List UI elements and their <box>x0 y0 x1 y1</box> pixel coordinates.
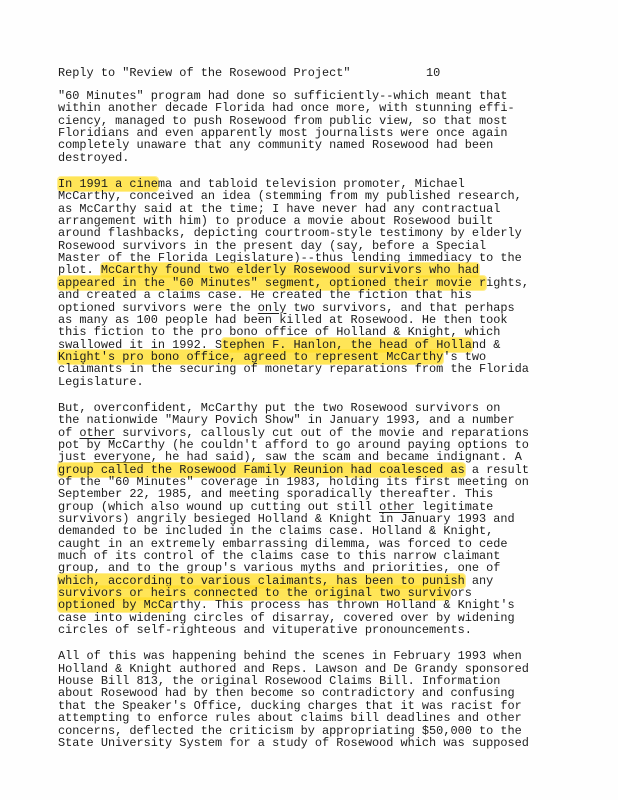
paragraph: "60 Minutes" program had done so suffici… <box>58 90 598 164</box>
text-line: State University System for a study of R… <box>58 737 598 749</box>
paragraph: But, overconfident, McCarthy put the two… <box>58 402 598 637</box>
text-line: destroyed. <box>58 152 598 164</box>
text-segment: circles of self-righteous and vituperati… <box>58 623 472 637</box>
text-segment: State University System for a study of R… <box>58 736 529 750</box>
text-line: Legislature. <box>58 376 598 388</box>
text-segment: Legislature. <box>58 375 144 389</box>
document-page: Reply to "Review of the Rosewood Project… <box>58 66 598 749</box>
page-number: 10 <box>426 66 440 80</box>
text-segment: ights, <box>486 276 529 290</box>
page-header: Reply to "Review of the Rosewood Project… <box>58 66 598 80</box>
paragraph: In 1991 a cinema and tabloid television … <box>58 178 598 388</box>
text-line: completely unaware that any community na… <box>58 139 598 151</box>
text-segment: destroyed. <box>58 151 129 165</box>
text-line: group, and to the group's various myths … <box>58 562 598 574</box>
text-line: circles of self-righteous and vituperati… <box>58 624 598 636</box>
paragraph: All of this was happening behind the sce… <box>58 650 598 749</box>
document-body: "60 Minutes" program had done so suffici… <box>58 90 598 749</box>
document-title: Reply to "Review of the Rosewood Project… <box>58 66 351 80</box>
